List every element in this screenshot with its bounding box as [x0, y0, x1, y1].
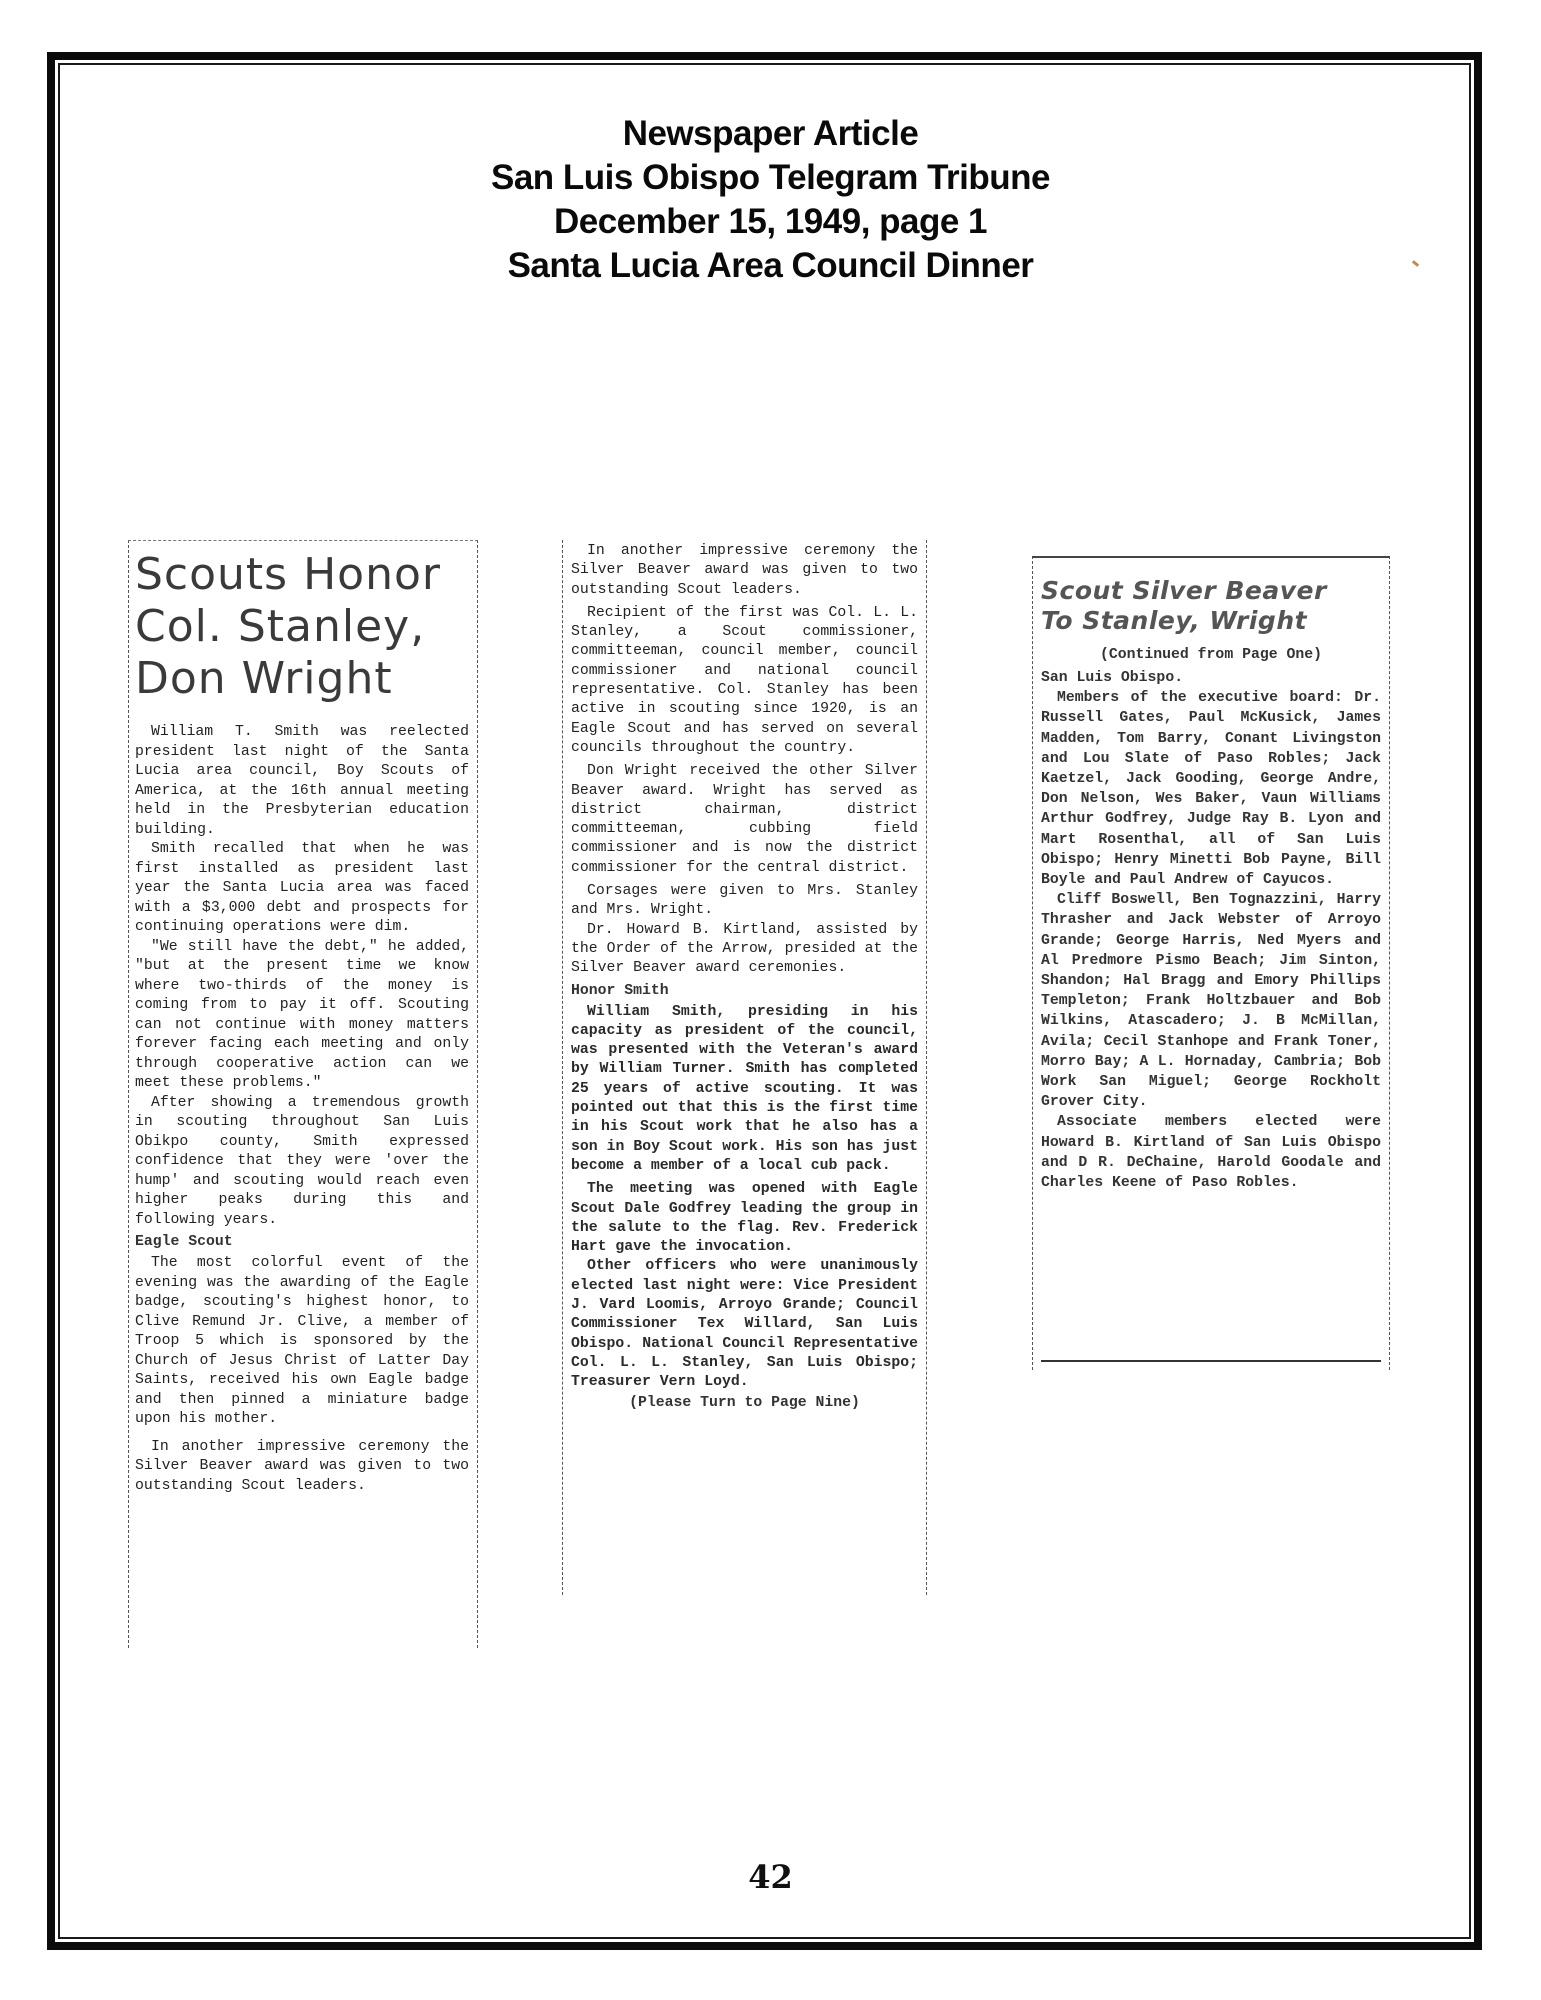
headline-line: Col. Stanley, [135, 601, 469, 653]
paragraph: After showing a tremendous growth in sco… [135, 1094, 469, 1231]
paragraph: Smith recalled that when he was first in… [135, 840, 469, 938]
closing-rule [1041, 1360, 1381, 1362]
paragraph: "We still have the debt," he added, "but… [135, 938, 469, 1094]
paragraph: In another impressive ceremony the Silve… [135, 1438, 469, 1497]
clipping-left-headline: Scouts Honor Col. Stanley, Don Wright [135, 549, 469, 705]
paragraph: The most colorful event of the evening w… [135, 1254, 469, 1430]
subhead: Honor Smith [571, 981, 918, 1001]
header-event: Santa Lucia Area Council Dinner [0, 244, 1541, 288]
clipping-right: Scout Silver Beaver To Stanley, Wright (… [1032, 556, 1390, 1370]
header-newspaper: San Luis Obispo Telegram Tribune [0, 156, 1541, 200]
paragraph: Corsages were given to Mrs. Stanley and … [571, 882, 918, 921]
paragraph: Recipient of the first was Col. L. L. St… [571, 604, 918, 758]
paragraph: In another impressive ceremony the Silve… [571, 542, 918, 600]
headline-line: Scouts Honor [135, 549, 469, 601]
paragraph: Members of the executive board: Dr. Russ… [1041, 688, 1381, 890]
headline-line: To Stanley, Wright [1041, 606, 1381, 636]
document-header: Newspaper Article San Luis Obispo Telegr… [0, 112, 1541, 288]
header-date: December 15, 1949, page 1 [0, 200, 1541, 244]
continued-from-note: (Continued from Page One) [1041, 644, 1381, 666]
clipping-middle: In another impressive ceremony the Silve… [562, 540, 927, 1595]
paragraph: Other officers who were unanimously elec… [571, 1257, 918, 1392]
paragraph: William Smith, presiding in his capacity… [571, 1003, 918, 1177]
clipping-left: Scouts Honor Col. Stanley, Don Wright Wi… [128, 540, 478, 1648]
header-title: Newspaper Article [0, 112, 1541, 156]
clipping-right-headline: Scout Silver Beaver To Stanley, Wright [1041, 576, 1381, 636]
paragraph: The meeting was opened with Eagle Scout … [571, 1180, 918, 1257]
paragraph: San Luis Obispo. [1041, 668, 1381, 688]
paragraph: Dr. Howard B. Kirtland, assisted by the … [571, 921, 918, 979]
headline-line: Scout Silver Beaver [1041, 576, 1381, 606]
page-number: 42 [0, 1858, 1541, 1896]
paragraph: Don Wright received the other Silver Bea… [571, 762, 918, 878]
paragraph: William T. Smith was reelected president… [135, 723, 469, 840]
subhead: Eagle Scout [135, 1232, 469, 1252]
headline-line: Don Wright [135, 653, 469, 705]
paragraph: Associate members elected were Howard B.… [1041, 1112, 1381, 1193]
continuation-note: (Please Turn to Page Nine) [571, 1393, 918, 1413]
paragraph: Cliff Boswell, Ben Tognazzini, Harry Thr… [1041, 890, 1381, 1112]
